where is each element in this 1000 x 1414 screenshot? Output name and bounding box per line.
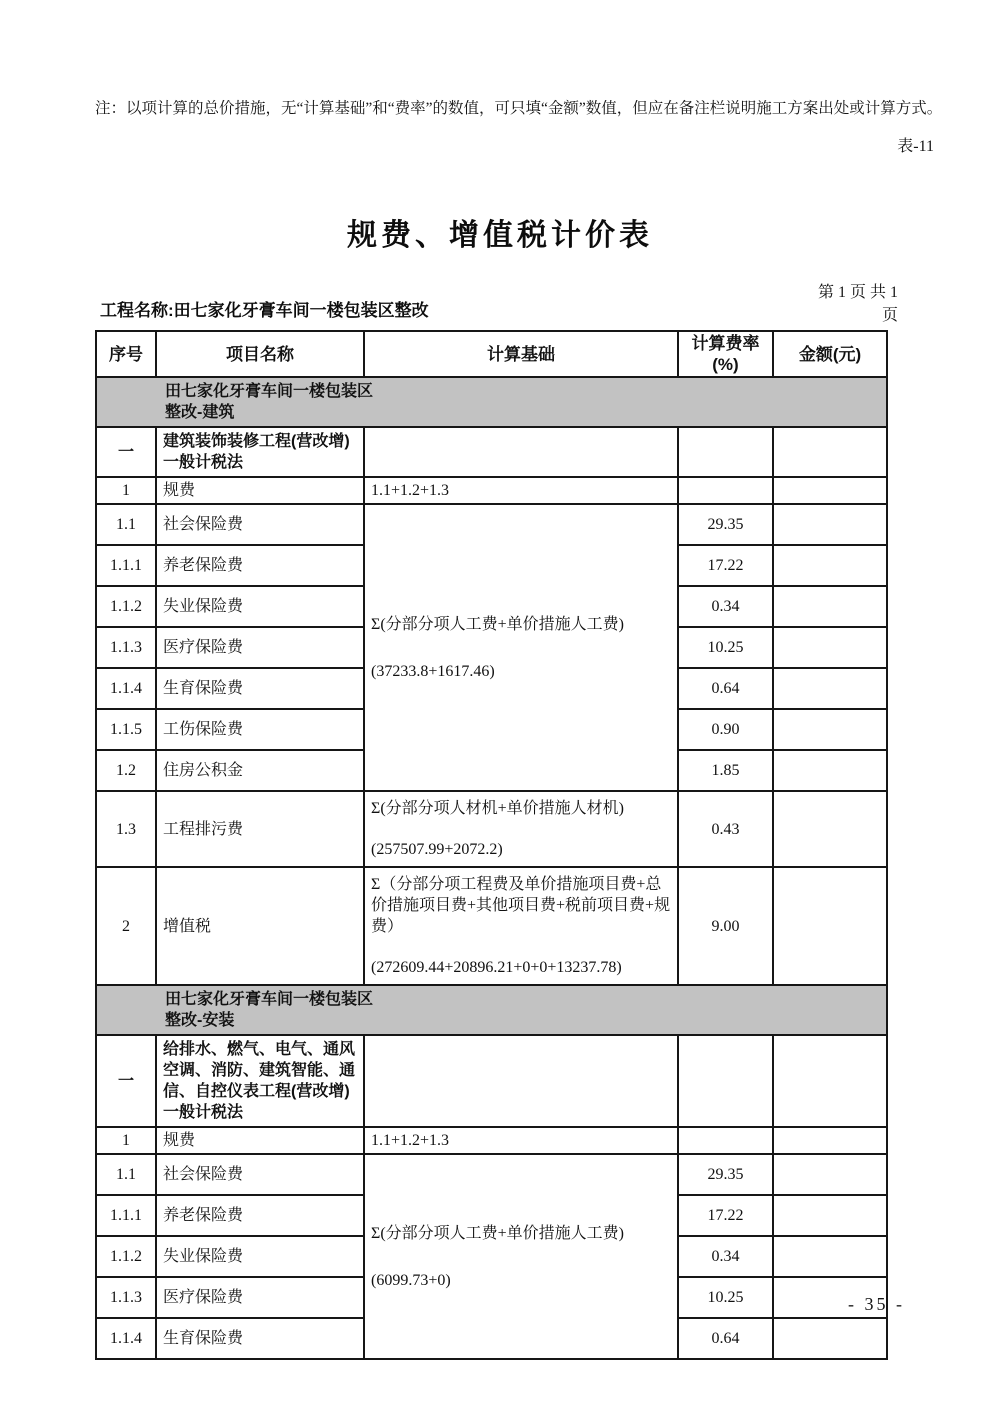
cell-item-name: 医疗保险费 — [156, 627, 364, 668]
cell-item-name: 失业保险费 — [156, 586, 364, 627]
cell-rate — [678, 477, 773, 504]
cell-basis: 1.1+1.2+1.3 — [364, 477, 678, 504]
cell-amount — [773, 1154, 887, 1195]
table-container: 序号项目名称计算基础计算费率(%)金额(元) 田七家化牙膏车间一楼包装区整改-建… — [95, 330, 888, 1360]
cell-rate: 0.64 — [678, 1318, 773, 1359]
cell-seq: 1.1.2 — [96, 586, 156, 627]
cell-amount — [773, 427, 887, 477]
cell-rate: 9.00 — [678, 867, 773, 985]
cell-rate: 29.35 — [678, 1154, 773, 1195]
column-header: 计算费率(%) — [678, 331, 773, 377]
page-title: 规费、增值税计价表 — [0, 210, 1000, 254]
cell-seq: 1.2 — [96, 750, 156, 791]
cell-item-name: 工伤保险费 — [156, 709, 364, 750]
table-row: 田七家化牙膏车间一楼包装区整改-建筑 — [96, 377, 887, 427]
cell-rate: 0.43 — [678, 791, 773, 867]
cell-seq: 1.1.1 — [96, 545, 156, 586]
cell-basis: Σ(分部分项人材机+单价措施人材机)(257507.99+2072.2) — [364, 791, 678, 867]
section-row-label: 田七家化牙膏车间一楼包装区整改-建筑 — [96, 377, 887, 427]
cell-amount — [773, 504, 887, 545]
cell-basis-merged: Σ(分部分项人工费+单价措施人工费)(6099.73+0) — [364, 1154, 678, 1359]
cell-amount — [773, 545, 887, 586]
cell-amount — [773, 709, 887, 750]
cell-seq: 1.1.2 — [96, 1236, 156, 1277]
cell-basis: 1.1+1.2+1.3 — [364, 1127, 678, 1154]
cell-rate: 17.22 — [678, 545, 773, 586]
cell-rate: 0.34 — [678, 586, 773, 627]
table-row: 田七家化牙膏车间一楼包装区整改-安装 — [96, 985, 887, 1035]
project-name: 工程名称:田七家化牙膏车间一楼包装区整改 — [100, 296, 429, 321]
cell-seq: 1.1.3 — [96, 1277, 156, 1318]
cell-amount — [773, 627, 887, 668]
cell-rate: 29.35 — [678, 504, 773, 545]
cell-seq: 一 — [96, 1035, 156, 1127]
cell-rate — [678, 1127, 773, 1154]
cell-amount — [773, 1127, 887, 1154]
cell-amount — [773, 750, 887, 791]
cell-seq: 1.3 — [96, 791, 156, 867]
cell-rate: 10.25 — [678, 627, 773, 668]
cell-item-name: 给排水、燃气、电气、通风空调、消防、建筑智能、通信、自控仪表工程(营改增)一般计… — [156, 1035, 364, 1127]
page-indicator-line1: 第 1 页 共 1 — [768, 281, 898, 304]
cell-rate: 0.34 — [678, 1236, 773, 1277]
cell-item-name: 养老保险费 — [156, 545, 364, 586]
table-row: 1.1社会保险费Σ(分部分项人工费+单价措施人工费)(6099.73+0)29.… — [96, 1154, 887, 1195]
cell-seq: 1.1 — [96, 1154, 156, 1195]
cell-item-name: 社会保险费 — [156, 1154, 364, 1195]
cell-item-name: 住房公积金 — [156, 750, 364, 791]
cell-amount — [773, 791, 887, 867]
column-header: 序号 — [96, 331, 156, 377]
cell-amount — [773, 1318, 887, 1359]
cell-basis — [364, 1035, 678, 1127]
cell-basis — [364, 427, 678, 477]
page-number: - 35 - — [848, 1294, 905, 1315]
fee-table-body: 田七家化牙膏车间一楼包装区整改-建筑一建筑装饰装修工程(营改增)一般计税法1规费… — [96, 377, 887, 1359]
cell-amount — [773, 586, 887, 627]
table-row: 一建筑装饰装修工程(营改增)一般计税法 — [96, 427, 887, 477]
page-indicator-line2: 页 — [768, 304, 898, 327]
cell-rate — [678, 427, 773, 477]
cell-item-name: 失业保险费 — [156, 1236, 364, 1277]
cell-seq: 1 — [96, 1127, 156, 1154]
cell-rate: 17.22 — [678, 1195, 773, 1236]
table-row: 1规费1.1+1.2+1.3 — [96, 477, 887, 504]
table-row: 1.1社会保险费Σ(分部分项人工费+单价措施人工费)(37233.8+1617.… — [96, 504, 887, 545]
cell-item-name: 增值税 — [156, 867, 364, 985]
header-note: 注：以项计算的总价措施，无“计算基础”和“费率”的数值，可只填“金额”数值，但应… — [95, 98, 980, 120]
cell-seq: 2 — [96, 867, 156, 985]
table-row: 一给排水、燃气、电气、通风空调、消防、建筑智能、通信、自控仪表工程(营改增)一般… — [96, 1035, 887, 1127]
cell-basis-merged: Σ(分部分项人工费+单价措施人工费)(37233.8+1617.46) — [364, 504, 678, 791]
cell-amount — [773, 1195, 887, 1236]
cell-rate: 0.90 — [678, 709, 773, 750]
table-row: 1.3工程排污费Σ(分部分项人材机+单价措施人材机)(257507.99+207… — [96, 791, 887, 867]
cell-item-name: 养老保险费 — [156, 1195, 364, 1236]
document-page: 注：以项计算的总价措施，无“计算基础”和“费率”的数值，可只填“金额”数值，但应… — [0, 0, 1000, 1414]
cell-seq: 一 — [96, 427, 156, 477]
cell-amount — [773, 1236, 887, 1277]
cell-item-name: 生育保险费 — [156, 668, 364, 709]
cell-item-name: 医疗保险费 — [156, 1277, 364, 1318]
cell-item-name: 建筑装饰装修工程(营改增)一般计税法 — [156, 427, 364, 477]
cell-seq: 1 — [96, 477, 156, 504]
cell-basis: Σ（分部分项工程费及单价措施项目费+总价措施项目费+其他项目费+税前项目费+规费… — [364, 867, 678, 985]
column-header: 金额(元) — [773, 331, 887, 377]
table-row: 1规费1.1+1.2+1.3 — [96, 1127, 887, 1154]
cell-item-name: 工程排污费 — [156, 791, 364, 867]
form-tag: 表-11 — [897, 133, 934, 156]
cell-rate: 0.64 — [678, 668, 773, 709]
cell-rate: 1.85 — [678, 750, 773, 791]
cell-seq: 1.1 — [96, 504, 156, 545]
cell-amount — [773, 867, 887, 985]
cell-seq: 1.1.3 — [96, 627, 156, 668]
cell-item-name: 社会保险费 — [156, 504, 364, 545]
cell-item-name: 规费 — [156, 477, 364, 504]
cell-rate: 10.25 — [678, 1277, 773, 1318]
fee-table-head: 序号项目名称计算基础计算费率(%)金额(元) — [96, 331, 887, 377]
column-header: 计算基础 — [364, 331, 678, 377]
cell-seq: 1.1.4 — [96, 1318, 156, 1359]
cell-amount — [773, 477, 887, 504]
cell-item-name: 规费 — [156, 1127, 364, 1154]
fee-table: 序号项目名称计算基础计算费率(%)金额(元) 田七家化牙膏车间一楼包装区整改-建… — [95, 330, 888, 1360]
column-header: 项目名称 — [156, 331, 364, 377]
cell-item-name: 生育保险费 — [156, 1318, 364, 1359]
page-indicator: 第 1 页 共 1 页 — [768, 281, 898, 327]
section-row-label: 田七家化牙膏车间一楼包装区整改-安装 — [96, 985, 887, 1035]
table-row: 2增值税Σ（分部分项工程费及单价措施项目费+总价措施项目费+其他项目费+税前项目… — [96, 867, 887, 985]
cell-rate — [678, 1035, 773, 1127]
cell-seq: 1.1.1 — [96, 1195, 156, 1236]
cell-amount — [773, 668, 887, 709]
cell-seq: 1.1.4 — [96, 668, 156, 709]
cell-amount — [773, 1035, 887, 1127]
cell-seq: 1.1.5 — [96, 709, 156, 750]
